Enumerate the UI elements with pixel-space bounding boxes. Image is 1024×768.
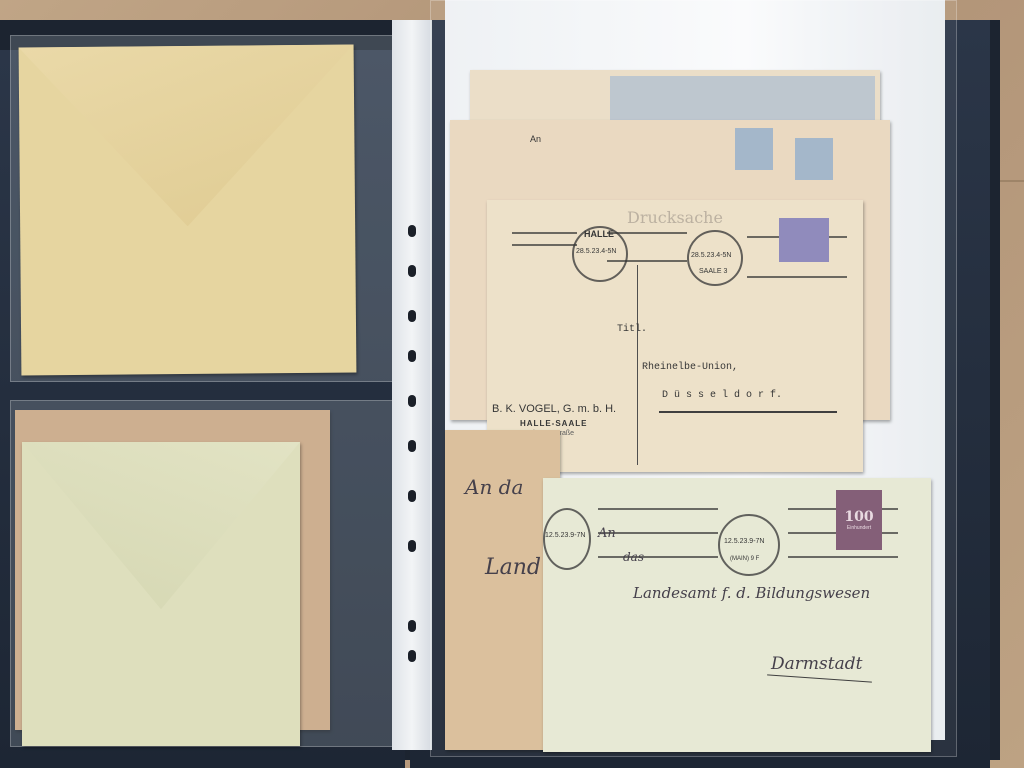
binder-hole <box>408 265 416 277</box>
binder-hole <box>408 540 416 552</box>
binder-strip <box>392 20 432 750</box>
yellow-envelope <box>19 45 357 376</box>
binder-hole <box>408 395 416 407</box>
binder-hole <box>408 490 416 502</box>
binder-hole <box>408 350 416 362</box>
binder-hole <box>408 310 416 322</box>
right-sleeve <box>430 0 957 757</box>
binder-hole <box>408 440 416 452</box>
pale-green-envelope <box>22 442 300 746</box>
envelope-flap <box>19 45 356 228</box>
binder-hole <box>408 225 416 237</box>
binder-hole <box>408 620 416 632</box>
envelope-flap <box>22 442 300 609</box>
binder-hole <box>408 650 416 662</box>
